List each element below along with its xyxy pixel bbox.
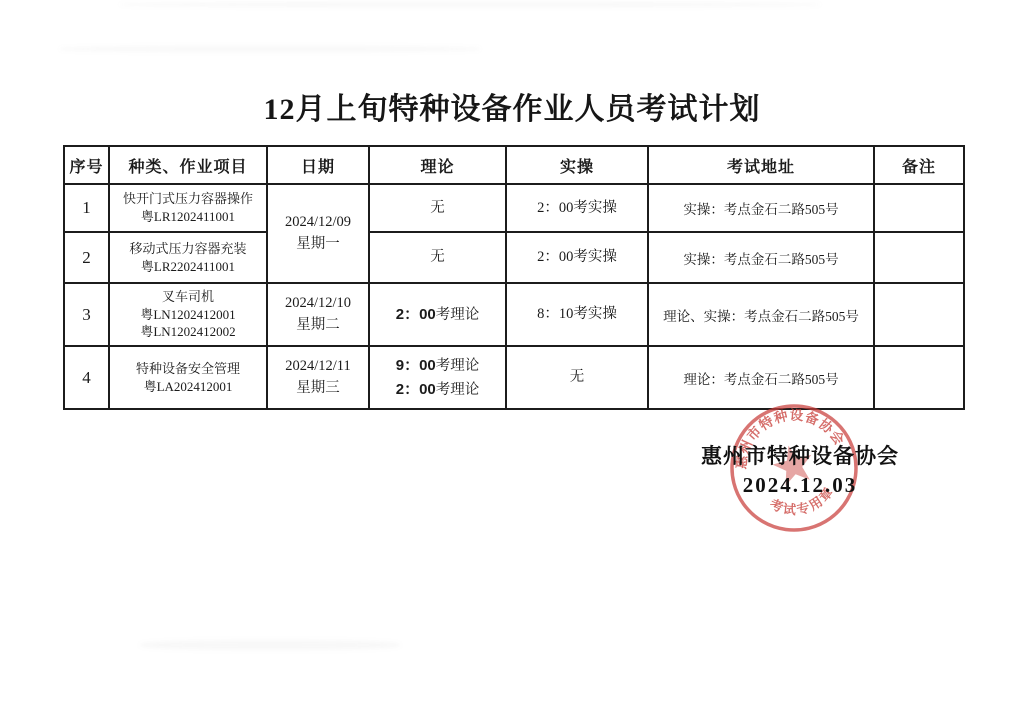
table-row: 3 叉车司机 粤LN1202412001 粤LN1202412002 2024/… (64, 283, 964, 346)
practical-cell: 2：00考实操 (506, 232, 648, 283)
date-cell-merged: 2024/12/09 星期一 (267, 184, 369, 283)
category-name: 移动式压力容器充装 (113, 240, 263, 258)
date-value: 2024/12/09 (271, 212, 365, 234)
issuing-organization: 惠州市特种设备协会 (688, 440, 912, 470)
table-row: 1 快开门式压力容器操作 粤LR1202411001 2024/12/09 星期… (64, 184, 964, 232)
seq-cell: 2 (64, 232, 109, 283)
practical-cell: 2：00考实操 (506, 184, 648, 232)
theory-time: 2：00 (396, 381, 436, 398)
theory-cell: 2：00考理论 (369, 283, 506, 346)
theory-line: 2：00考理论 (373, 378, 502, 401)
header-address: 考试地址 (648, 146, 874, 184)
theory-cell: 无 (369, 232, 506, 283)
date-cell: 2024/12/11 星期三 (267, 346, 369, 409)
theory-time: 9：00 (396, 357, 436, 374)
theory-cell: 9：00考理论 2：00考理论 (369, 346, 506, 409)
header-remark: 备注 (874, 146, 964, 184)
theory-suffix: 考理论 (436, 358, 480, 374)
weekday-value: 星期二 (271, 315, 365, 337)
table-header-row: 序号 种类、作业项目 日期 理论 实操 考试地址 备注 (64, 146, 964, 184)
category-name: 叉车司机 (113, 288, 263, 306)
category-cell: 快开门式压力容器操作 粤LR1202411001 (109, 184, 267, 232)
category-code: 粤LN1202412001 (113, 306, 263, 324)
header-category: 种类、作业项目 (109, 146, 267, 184)
weekday-value: 星期一 (271, 234, 365, 256)
theory-cell: 无 (369, 184, 506, 232)
header-practical: 实操 (506, 146, 648, 184)
category-cell: 叉车司机 粤LN1202412001 粤LN1202412002 (109, 283, 267, 346)
category-code: 粤LR1202411001 (113, 208, 263, 226)
remark-cell (874, 283, 964, 346)
scan-artifact (60, 46, 480, 52)
category-cell: 特种设备安全管理 粤LA202412001 (109, 346, 267, 409)
header-theory: 理论 (369, 146, 506, 184)
category-code: 粤LR2202411001 (113, 258, 263, 276)
date-cell: 2024/12/10 星期二 (267, 283, 369, 346)
theory-suffix: 考理论 (436, 307, 480, 323)
exam-schedule-table: 序号 种类、作业项目 日期 理论 实操 考试地址 备注 1 快开门式压力容器操作… (63, 145, 965, 410)
seq-cell: 1 (64, 184, 109, 232)
seq-cell: 4 (64, 346, 109, 409)
theory-suffix: 考理论 (436, 382, 480, 398)
header-date: 日期 (267, 146, 369, 184)
remark-cell (874, 232, 964, 283)
address-cell: 实操：考点金石二路505号 (648, 232, 874, 283)
scanned-document-page: 12月上旬特种设备作业人员考试计划 序号 种类、作业项目 日期 理论 实操 考试… (0, 0, 1024, 725)
category-name: 快开门式压力容器操作 (113, 190, 263, 208)
address-cell: 理论、实操：考点金石二路505号 (648, 283, 874, 346)
category-code: 粤LN1202412002 (113, 323, 263, 341)
theory-line: 9：00考理论 (373, 354, 502, 377)
address-cell: 实操：考点金石二路505号 (648, 184, 874, 232)
date-value: 2024/12/10 (271, 293, 365, 315)
seq-cell: 3 (64, 283, 109, 346)
category-cell: 移动式压力容器充装 粤LR2202411001 (109, 232, 267, 283)
practical-cell: 8：10考实操 (506, 283, 648, 346)
remark-cell (874, 346, 964, 409)
date-value: 2024/12/11 (271, 356, 365, 378)
practical-cell: 无 (506, 346, 648, 409)
scan-artifact (140, 640, 400, 650)
issue-date: 2024.12.03 (688, 473, 912, 498)
category-code: 粤LA202412001 (113, 378, 263, 396)
weekday-value: 星期三 (271, 378, 365, 400)
header-seq: 序号 (64, 146, 109, 184)
document-title: 12月上旬特种设备作业人员考试计划 (0, 84, 1024, 128)
signature-block: 惠州市特种设备协会 2024.12.03 (688, 440, 912, 498)
category-name: 特种设备安全管理 (113, 360, 263, 378)
remark-cell (874, 184, 964, 232)
table-row: 2 移动式压力容器充装 粤LR2202411001 无 2：00考实操 实操：考… (64, 232, 964, 283)
scan-artifact (120, 2, 820, 7)
theory-time: 2：00 (396, 306, 436, 323)
